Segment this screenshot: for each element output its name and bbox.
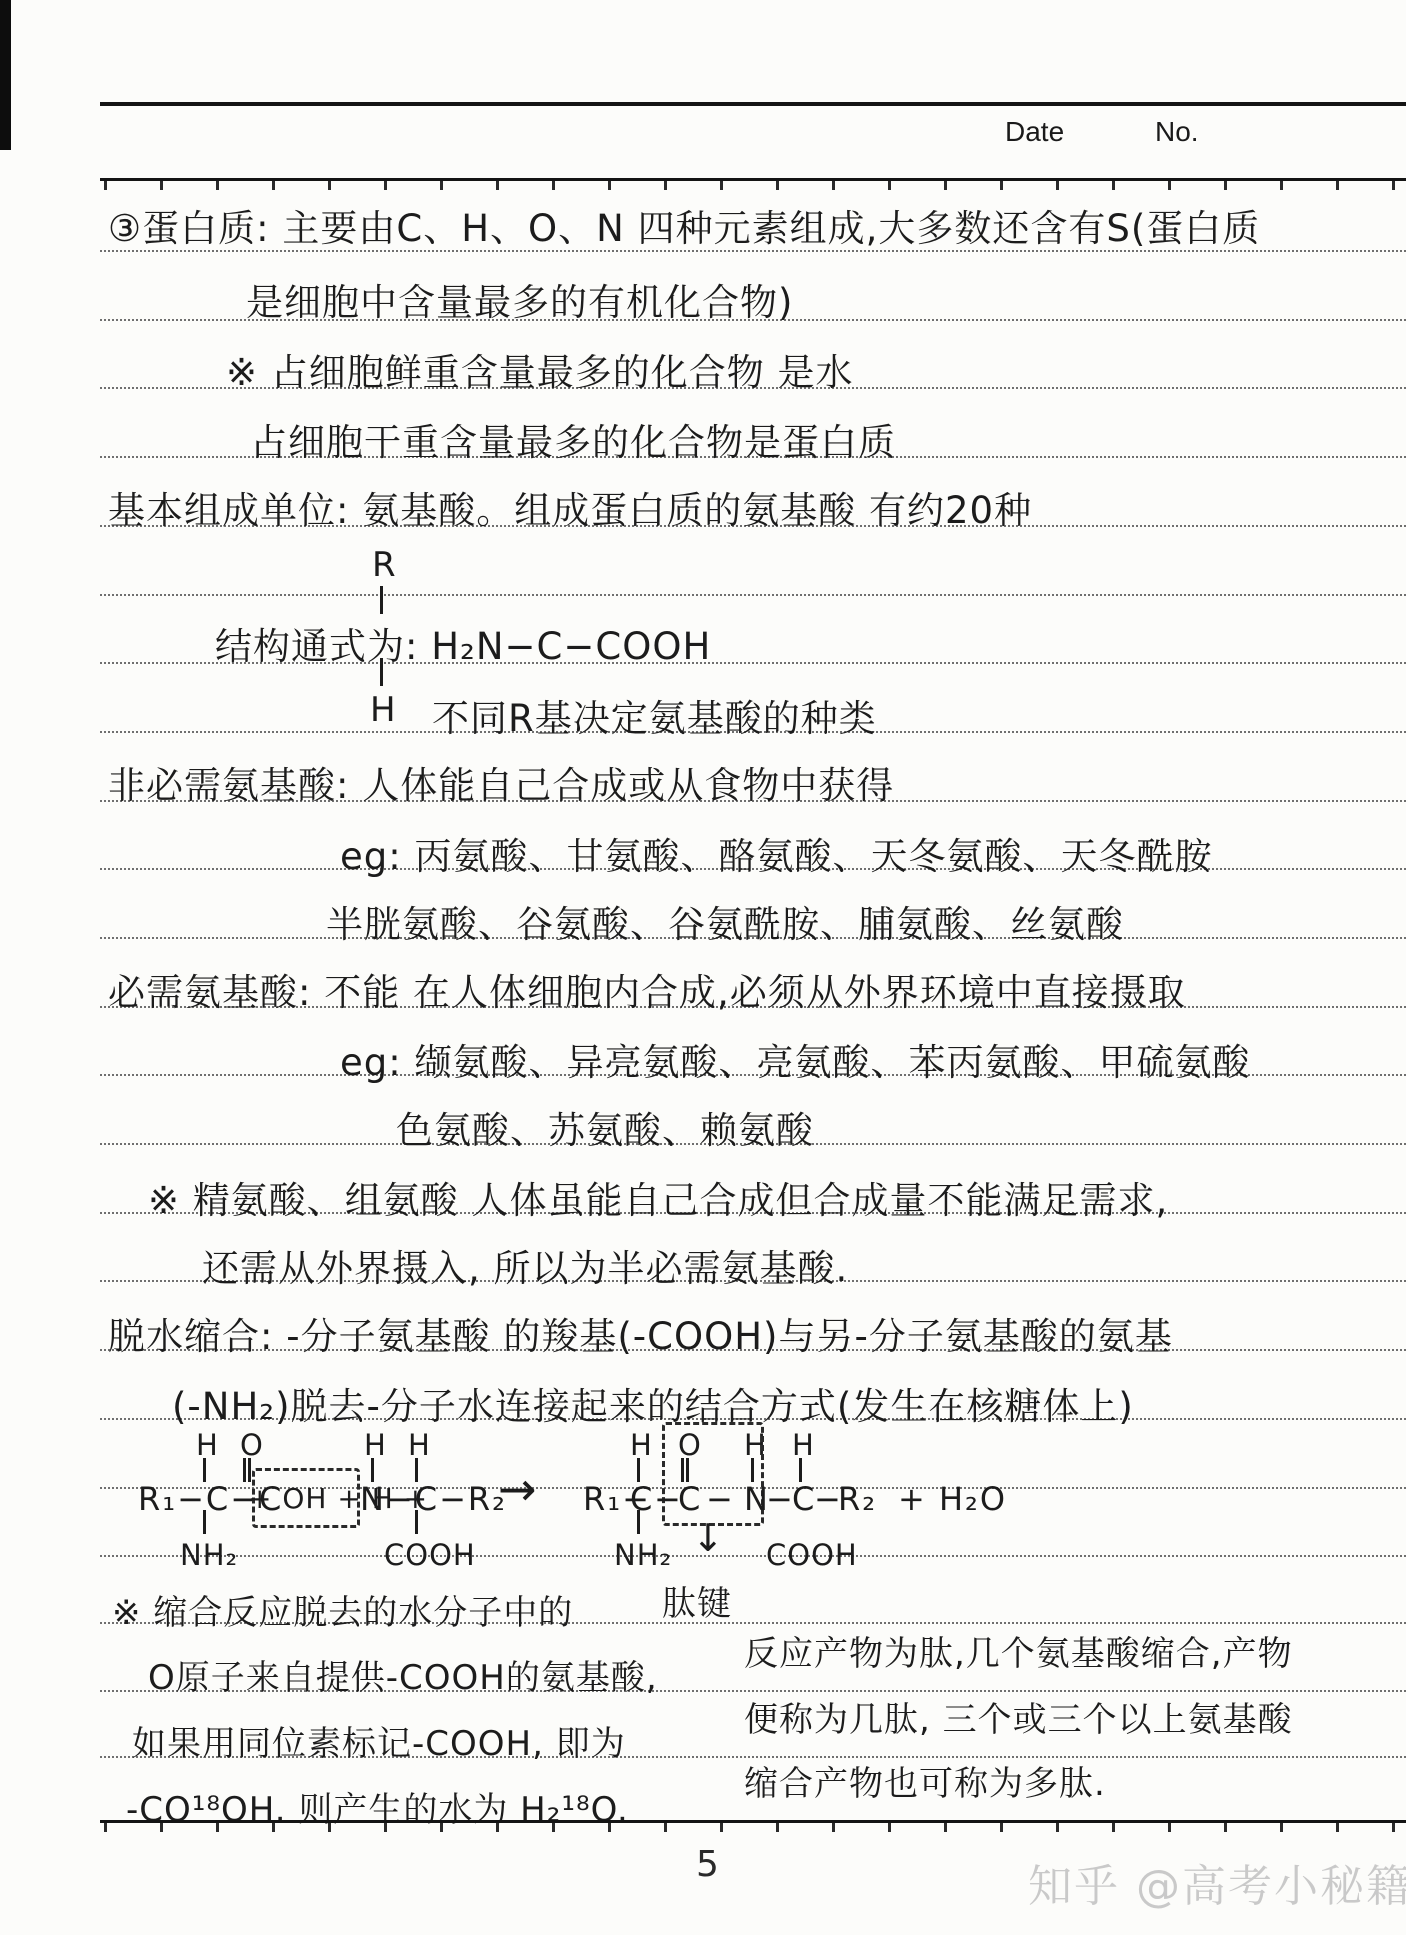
note-line: eg: 缬氨酸、异亮氨酸、亮氨酸、苯丙氨酸、甲硫氨酸: [340, 1032, 1250, 1086]
note-line: eg: 丙氨酸、甘氨酸、酪氨酸、天冬氨酸、天冬酰胺: [340, 826, 1212, 880]
note-line: 占细胞干重含量最多的化合物是蛋白质: [250, 412, 896, 466]
bond-vertical: [415, 1458, 418, 1482]
notebook-page: Date No. ③蛋白质: 主要由C、H、O、N 四种元素组成,大多数还含有S…: [0, 0, 1406, 1935]
ruler-ticks-top: [104, 181, 1404, 190]
amino-group: NH₂: [180, 1538, 238, 1572]
note-line: ※ 占细胞鲜重含量最多的化合物 是水: [226, 342, 854, 396]
reaction-arrow: →: [498, 1462, 538, 1516]
atom-h: H: [408, 1428, 431, 1462]
peptide-bond-label: 肽键: [662, 1576, 732, 1625]
note-line: 必需氨基酸: 不能 在人体细胞内合成,必须从外界环境中直接摄取: [108, 962, 1186, 1016]
bond-vertical: [380, 586, 383, 614]
atom-h: H: [792, 1428, 815, 1462]
note-line: 便称为几肽, 三个或三个以上氨基酸: [744, 1692, 1293, 1741]
amino-group: NH₂: [614, 1538, 672, 1572]
watermark: 知乎 @高考小秘籍: [1028, 1850, 1406, 1914]
bond-vertical: [203, 1510, 206, 1534]
note-line: 非必需氨基酸: 人体能自己合成或从食物中获得: [108, 755, 894, 809]
bond-vertical: [203, 1458, 206, 1482]
product-token: C: [630, 1480, 654, 1518]
note-line: 色氨酸、苏氨酸、赖氨酸: [396, 1100, 814, 1154]
product-token: R₂: [838, 1480, 877, 1518]
note-line: 缩合产物也可称为多肽.: [744, 1756, 1106, 1805]
note-line: O原子来自提供-COOH的氨基酸,: [148, 1650, 658, 1699]
note-line: 反应产物为肽,几个氨基酸缩合,产物: [744, 1626, 1293, 1675]
note-line: 还需从外界摄入, 所以为半必需氨基酸.: [202, 1238, 848, 1292]
peptide-pointer-arrow: ↓: [692, 1516, 725, 1560]
product-token: −: [706, 1480, 735, 1518]
bond-vertical: [415, 1510, 418, 1534]
bond-double: [243, 1458, 251, 1482]
note-line: 基本组成单位: 氨基酸。组成蛋白质的氨基酸 有约20种: [108, 480, 1032, 534]
product-token: C: [792, 1480, 816, 1518]
note-line: ③蛋白质: 主要由C、H、O、N 四种元素组成,大多数还含有S(蛋白质: [108, 198, 1260, 252]
note-line: 是细胞中含量最多的有机化合物): [246, 272, 793, 326]
formula-r-group: R: [372, 545, 397, 585]
scan-artifact: [0, 0, 11, 150]
bond-vertical: [799, 1458, 802, 1482]
note-line: 脱水缩合: -分子氨基酸 的羧基(-COOH)与另-分子氨基酸的氨基: [108, 1306, 1173, 1360]
plus-water: + H₂O: [898, 1480, 1007, 1518]
note-line: ※ 缩合反应脱去的水分子中的: [112, 1585, 573, 1634]
ruled-line: [100, 594, 1406, 596]
reactant2-chain: N−C−R₂: [360, 1480, 507, 1518]
bond-vertical: [637, 1510, 640, 1534]
product-token: −: [766, 1480, 795, 1518]
ruler-ticks-bottom: [104, 1823, 1404, 1832]
formula-main: 结构通式为: H₂N−C−COOH: [215, 616, 711, 670]
note-line: ※ 精氨酸、组氨酸 人体虽能自己合成但合成量不能满足需求,: [148, 1170, 1168, 1224]
bond-vertical: [637, 1458, 640, 1482]
note-line: 半胱氨酸、谷氨酸、谷氨酰胺、脯氨酸、丝氨酸: [326, 894, 1124, 948]
bond-vertical: [371, 1458, 374, 1482]
formula-h: H: [370, 690, 397, 730]
carboxyl-group: COOH: [384, 1538, 476, 1572]
atom-h: H: [364, 1428, 387, 1462]
ruled-line: [100, 1555, 1406, 1557]
bond-vertical: [380, 658, 383, 686]
note-line: (-NH₂)脱去-分子水连接起来的结合方式(发生在核糖体上): [172, 1376, 1134, 1430]
header-top-line: [100, 102, 1406, 106]
date-label: Date: [1005, 116, 1064, 148]
product-token: C: [678, 1480, 702, 1518]
atom-o: O: [240, 1428, 264, 1462]
formula-note: 不同R基决定氨基酸的种类: [432, 688, 877, 742]
no-label: No.: [1155, 116, 1199, 148]
atom-h: H: [630, 1428, 653, 1462]
atom-h: H: [196, 1428, 219, 1462]
page-number: 5: [696, 1844, 719, 1885]
carboxyl-group: COOH: [766, 1538, 858, 1572]
note-line: 如果用同位素标记-COOH, 即为: [132, 1716, 626, 1765]
